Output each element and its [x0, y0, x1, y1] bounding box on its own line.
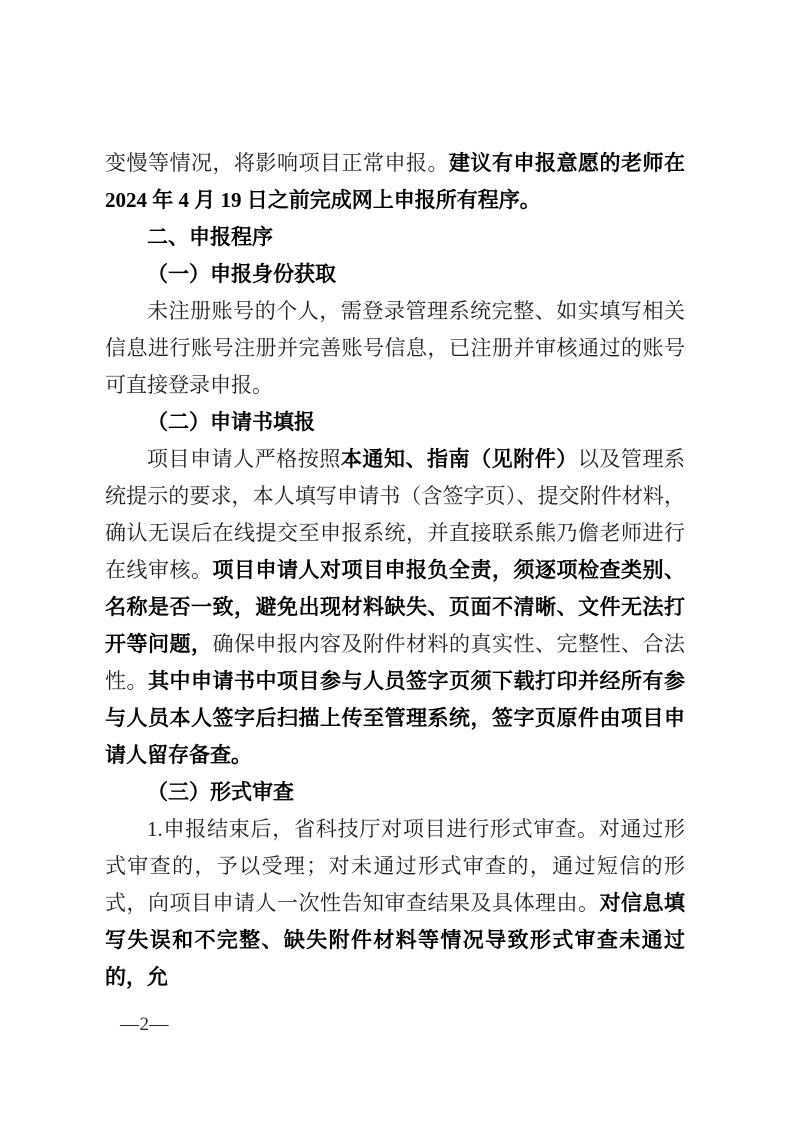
heading-2-3: （三）形式审查	[105, 774, 685, 811]
paragraph-application-filling: 项目申请人严格按照本通知、指南（见附件）以及管理系统提示的要求，本人填写申请书（…	[105, 441, 685, 774]
text-run: 变慢等情况，将影响项目正常申报。	[105, 151, 449, 175]
text-run: 项目申请人严格按照	[147, 447, 341, 471]
text-run: 未注册账号的个人，需登录管理系统完整、如实填写相关信息进行账号注册并完善账号信息…	[105, 299, 685, 397]
heading-text: （二）申请书填报	[147, 410, 315, 434]
heading-text: 二、申报程序	[147, 225, 273, 249]
paragraph-deadline-notice: 变慢等情况，将影响项目正常申报。建议有申报意愿的老师在 2024 年 4 月 1…	[105, 145, 685, 219]
document-body: 变慢等情况，将影响项目正常申报。建议有申报意愿的老师在 2024 年 4 月 1…	[105, 145, 685, 996]
page-number: —2—	[120, 1014, 169, 1035]
heading-section-2: 二、申报程序	[105, 219, 685, 256]
paragraph-formal-review: 1.申报结束后，省科技厅对项目进行形式审查。对通过形式审查的，予以受理；对未通过…	[105, 811, 685, 996]
paragraph-account-registration: 未注册账号的个人，需登录管理系统完整、如实填写相关信息进行账号注册并完善账号信息…	[105, 293, 685, 404]
text-run-bold: 其中申请书中项目参与人员签字页须下载打印并经所有参与人员本人签字后扫描上传至管理…	[105, 669, 685, 767]
text-run-bold: 本通知、指南（见附件）	[341, 447, 578, 471]
heading-2-2: （二）申请书填报	[105, 404, 685, 441]
heading-text: （一）申报身份获取	[147, 262, 336, 286]
document-page: 变慢等情况，将影响项目正常申报。建议有申报意愿的老师在 2024 年 4 月 1…	[0, 0, 793, 1122]
page-footer: —2—	[120, 1014, 169, 1036]
heading-2-1: （一）申报身份获取	[105, 256, 685, 293]
heading-text: （三）形式审查	[147, 780, 294, 804]
text-run: 1.申报结束后，省科技厅对项目进行形式审查。对通过形式审查的，予以受理；对未通过…	[105, 817, 685, 915]
